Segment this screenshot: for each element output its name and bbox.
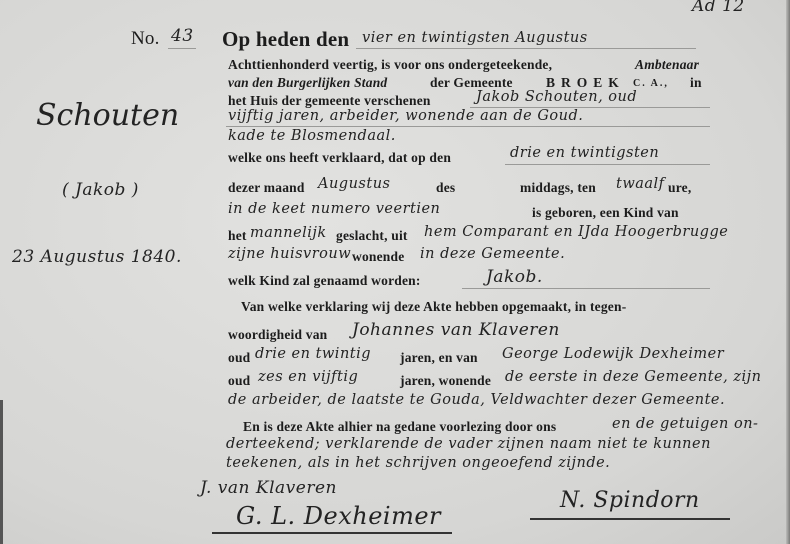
line17-hand: de arbeider, de laatste te Gouda, Veldwa… xyxy=(228,392,725,408)
line5-hand: vijftig jaren, arbeider, wonende aan de … xyxy=(228,108,583,124)
line14-printed: woordigheid van xyxy=(228,327,327,343)
line16-hand-b: de eerste in deze Gemeente, zijn xyxy=(505,369,761,385)
child-sex: mannelijk xyxy=(250,225,327,241)
binding-edge xyxy=(0,400,3,544)
line11-hand-b: in deze Gemeente. xyxy=(420,246,565,262)
line2-italic: Ambtenaar xyxy=(635,57,699,73)
line16-printed-b: jaren, wonende xyxy=(400,373,491,389)
line7-hand: drie en twintigsten xyxy=(510,145,659,161)
line15-printed-b: jaren, en van xyxy=(400,350,478,366)
witness-1-age: drie en twintig xyxy=(255,346,371,362)
declarant-name: Jakob Schouten, oud xyxy=(476,89,637,105)
line11-printed: wonende xyxy=(352,249,404,265)
line10-printed-b: geslacht, uit xyxy=(336,228,408,244)
rule xyxy=(462,288,710,289)
register-page: Ad 12 No. 43 Schouten ( Jakob ) 23 Augus… xyxy=(0,0,790,544)
line3-italic: van den Burgerlijken Stand xyxy=(228,75,387,91)
act-number-label: No. xyxy=(131,28,160,50)
child-name: Jakob. xyxy=(486,267,543,287)
line7-printed: welke ons heeft verklaard, dat op den xyxy=(228,150,451,166)
page-mark: Ad 12 xyxy=(692,0,745,16)
line15-printed-a: oud xyxy=(228,350,250,366)
line2-printed: Achttienhonderd veertig, is voor ons ond… xyxy=(228,57,552,73)
witness-1-name: Johannes van Klaveren xyxy=(352,320,560,340)
margin-surname: Schouten xyxy=(36,98,179,133)
signature-witness-1: J. van Klaveren xyxy=(200,478,337,498)
line13-printed: Van welke verklaring wij deze Akte hebbe… xyxy=(241,299,626,315)
margin-given-name: ( Jakob ) xyxy=(62,180,139,200)
line9-printed: is geboren, een Kind van xyxy=(532,205,679,221)
rule xyxy=(505,164,710,165)
line3-printed-b: in xyxy=(690,75,702,91)
line1-hand: vier en twintigsten Augustus xyxy=(362,30,588,46)
act-number-rule xyxy=(168,48,196,49)
margin-date: 23 Augustus 1840. xyxy=(12,247,182,267)
signature-flourish xyxy=(530,518,730,520)
line1-printed: Op heden den xyxy=(222,27,349,52)
line11-hand-a: zijne huisvrouw xyxy=(228,246,351,262)
line8-printed-c: middags, ten xyxy=(520,180,596,196)
witness-2-age: zes en vijftig xyxy=(258,369,358,385)
act-number: 43 xyxy=(171,26,194,46)
parents: hem Comparant en IJda Hoogerbrugge xyxy=(424,224,728,240)
witness-2-name: George Lodewijk Dexheimer xyxy=(502,346,724,362)
line10-printed-a: het xyxy=(228,228,247,244)
line8-printed-a: dezer maand xyxy=(228,180,305,196)
signature-flourish xyxy=(212,532,452,534)
line18-printed: En is deze Akte alhier na gedane voorlez… xyxy=(243,419,556,435)
birth-place: in de keet numero veertien xyxy=(228,201,440,217)
signature-witness-2: G. L. Dexheimer xyxy=(236,502,441,530)
line6-hand: kade te Blosmendaal. xyxy=(228,128,396,144)
page-edge xyxy=(786,0,790,544)
line8-printed-b: des xyxy=(436,180,455,196)
line16-printed-a: oud xyxy=(228,373,250,389)
birth-month: Augustus xyxy=(318,176,390,192)
signature-official: N. Spindorn xyxy=(560,488,700,513)
line19-hand: derteekend; verklarende de vader zijnen … xyxy=(226,436,711,452)
rule xyxy=(356,48,696,49)
birth-hour: twaalf xyxy=(616,176,665,192)
rule xyxy=(226,126,710,127)
municipality-suffix: C. A., xyxy=(633,78,669,89)
line4-printed: het Huis der gemeente verschenen xyxy=(228,93,431,109)
line18-hand: en de getuigen on- xyxy=(612,416,758,432)
line12-printed: welk Kind zal genaamd worden: xyxy=(228,273,421,289)
line20-hand: teekenen, als in het schrijven ongeoefen… xyxy=(226,455,610,471)
line8-printed-d: ure, xyxy=(668,180,691,196)
